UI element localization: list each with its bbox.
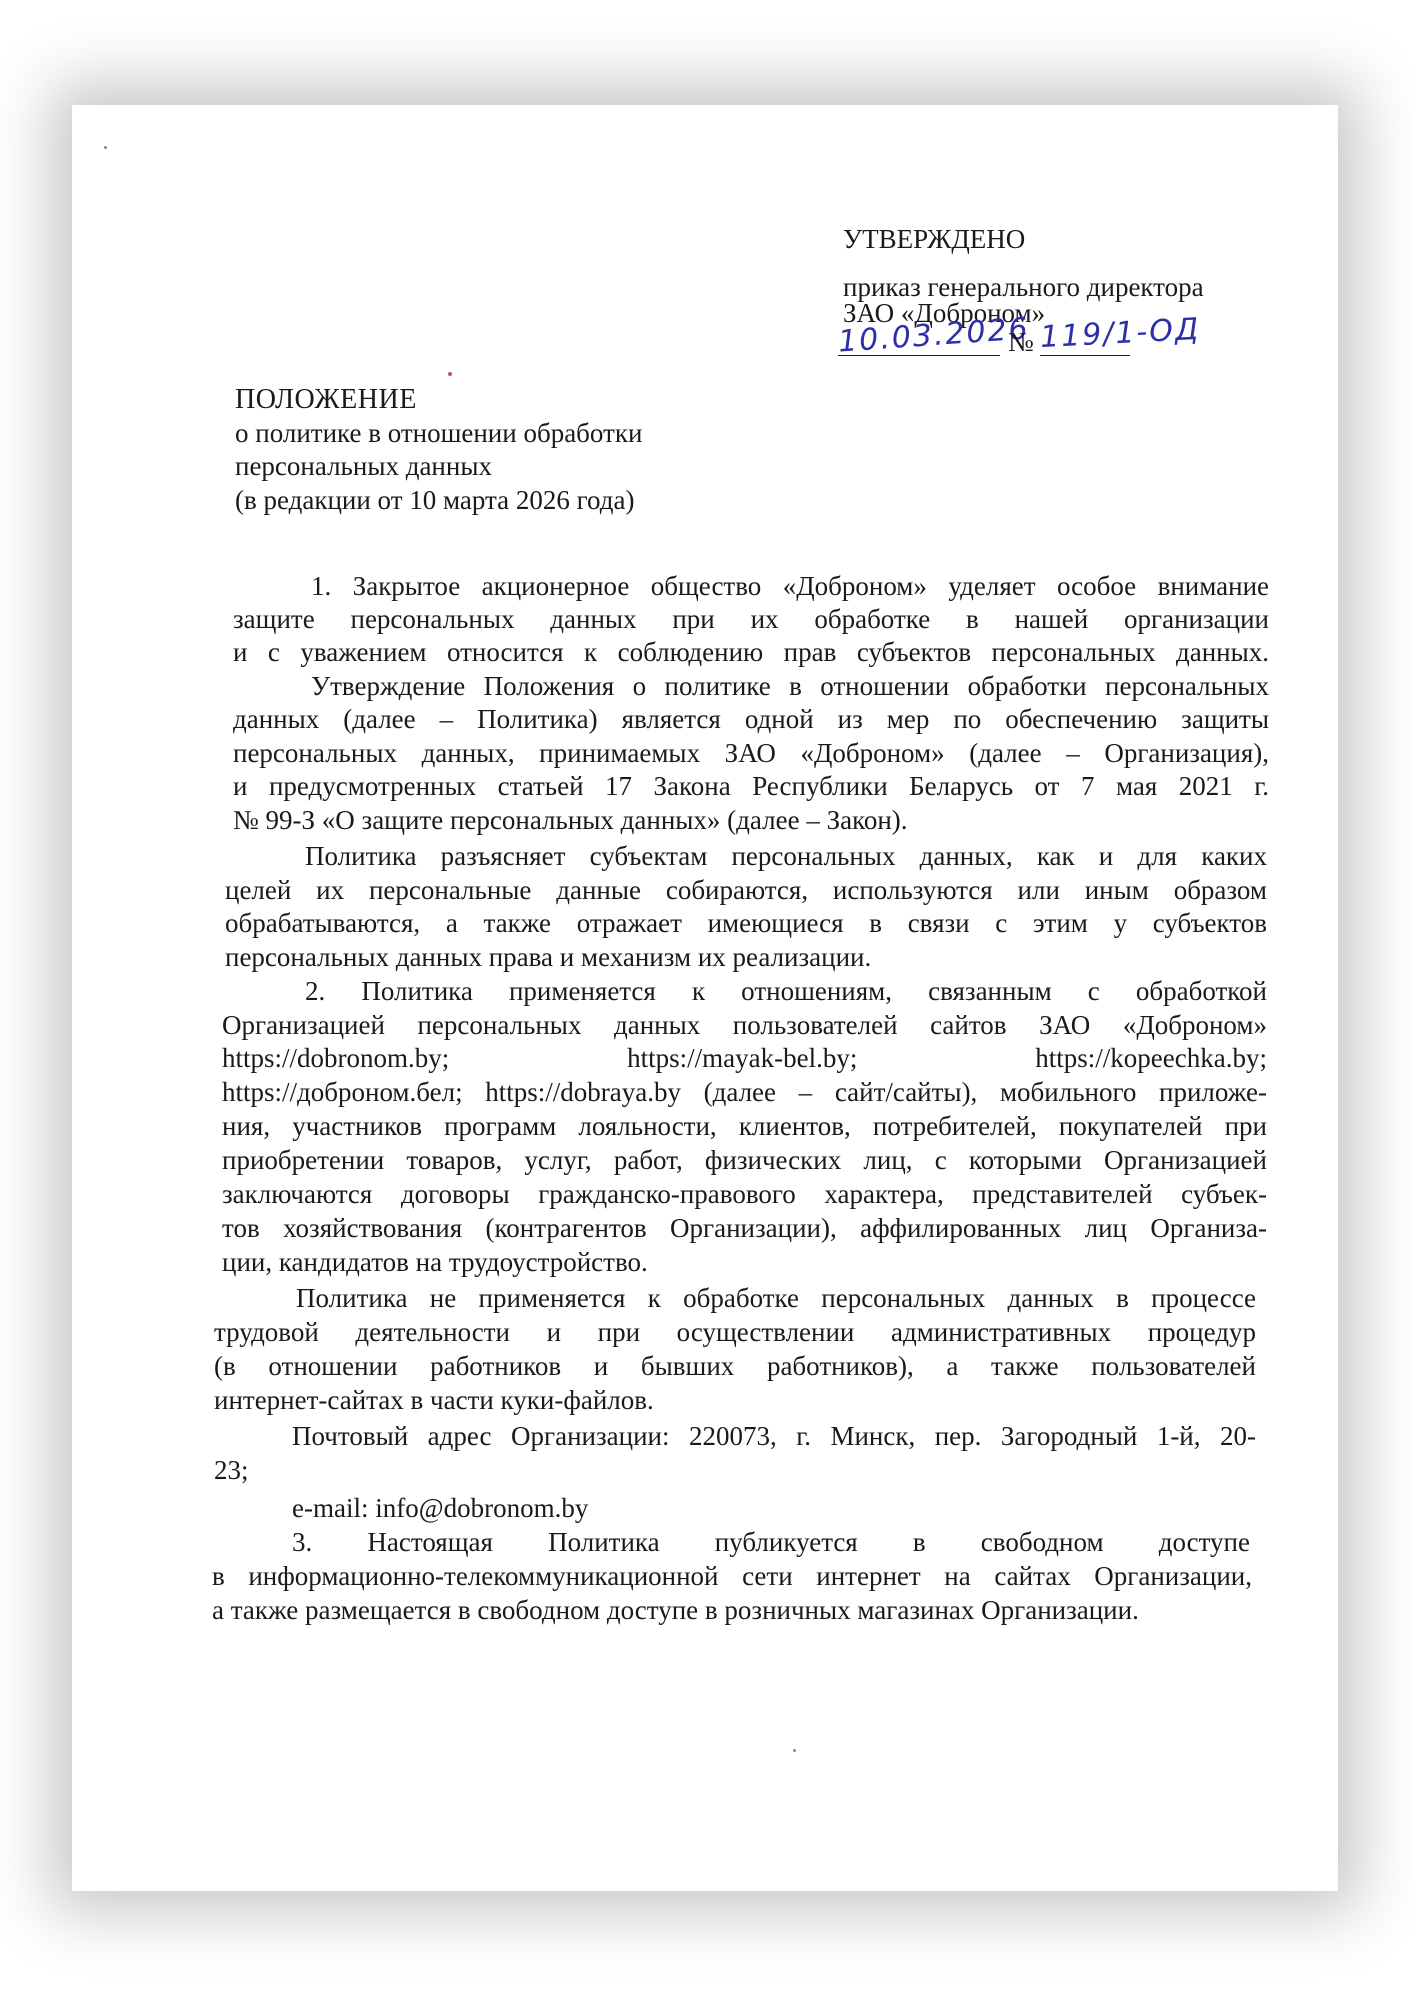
number-sign: №	[1008, 327, 1034, 358]
body-line: персональных данных права и механизм их …	[225, 941, 871, 973]
body-line: и с уважением относится к соблюдению пра…	[233, 636, 1269, 668]
body-line: а также размещается в свободном доступе …	[212, 1594, 1139, 1626]
scan-speck	[448, 372, 452, 376]
document-title: ПОЛОЖЕНИЕ	[235, 384, 417, 416]
body-line: № 99-З «О защите персональных данных» (д…	[233, 804, 908, 836]
document-subtitle-line-1: о политике в отношении обработки	[235, 418, 642, 449]
approval-heading: УТВЕРЖДЕНО	[843, 224, 1025, 255]
scan-speck	[104, 146, 107, 149]
date-underline	[838, 355, 1000, 356]
body-line: Утверждение Положения о политике в отнош…	[311, 670, 1269, 702]
body-line: Организацией персональных данных пользов…	[222, 1009, 1267, 1041]
body-line: ния, участников программ лояльности, кли…	[222, 1110, 1267, 1142]
body-line: тов хозяйствования (контрагентов Организ…	[222, 1212, 1267, 1244]
body-line: в информационно-телекоммуникационной сет…	[212, 1560, 1252, 1592]
body-line: 3. Настоящая Политика публикуется в своб…	[292, 1526, 1250, 1558]
body-line: Почтовый адрес Организации: 220073, г. М…	[292, 1420, 1256, 1452]
body-line: https://доброном.бел; https://dobraya.by…	[222, 1076, 1267, 1108]
body-line: 2. Политика применяется к отношениям, св…	[305, 975, 1267, 1007]
scan-speck	[793, 1749, 796, 1752]
body-line: ции, кандидатов на трудоустройство.	[222, 1246, 648, 1278]
body-line: https://dobronom.by; https://mayak-bel.b…	[222, 1042, 1267, 1074]
body-line: 1. Закрытое акционерное общество «Доброн…	[311, 570, 1269, 602]
document-subtitle-line-3: (в редакции от 10 марта 2026 года)	[235, 485, 634, 516]
body-line: защите персональных данных при их обрабо…	[233, 603, 1269, 635]
body-line: заключаются договоры гражданско-правовог…	[222, 1178, 1267, 1210]
body-line-email: e-mail: info@dobronom.by	[292, 1492, 588, 1524]
body-line: 23;	[214, 1454, 249, 1486]
body-line: трудовой деятельности и при осуществлени…	[214, 1316, 1256, 1348]
number-underline	[1040, 355, 1130, 356]
body-line: данных (далее – Политика) является одной…	[233, 703, 1269, 735]
body-line: Политика разъясняет субъектам персональн…	[305, 840, 1267, 872]
body-line: Политика не применяется к обработке перс…	[296, 1282, 1256, 1314]
body-line: и предусмотренных статьей 17 Закона Респ…	[233, 770, 1269, 802]
body-line: (в отношении работников и бывших работни…	[214, 1350, 1256, 1382]
body-line: обрабатываются, а также отражает имеющие…	[225, 907, 1267, 939]
body-line: персональных данных, принимаемых ЗАО «До…	[233, 737, 1269, 769]
body-line: целей их персональные данные собираются,…	[225, 874, 1267, 906]
document-subtitle-line-2: персональных данных	[235, 451, 492, 482]
body-line: интернет-сайтах в части куки-файлов.	[214, 1384, 654, 1416]
body-line: приобретении товаров, услуг, работ, физи…	[222, 1144, 1267, 1176]
